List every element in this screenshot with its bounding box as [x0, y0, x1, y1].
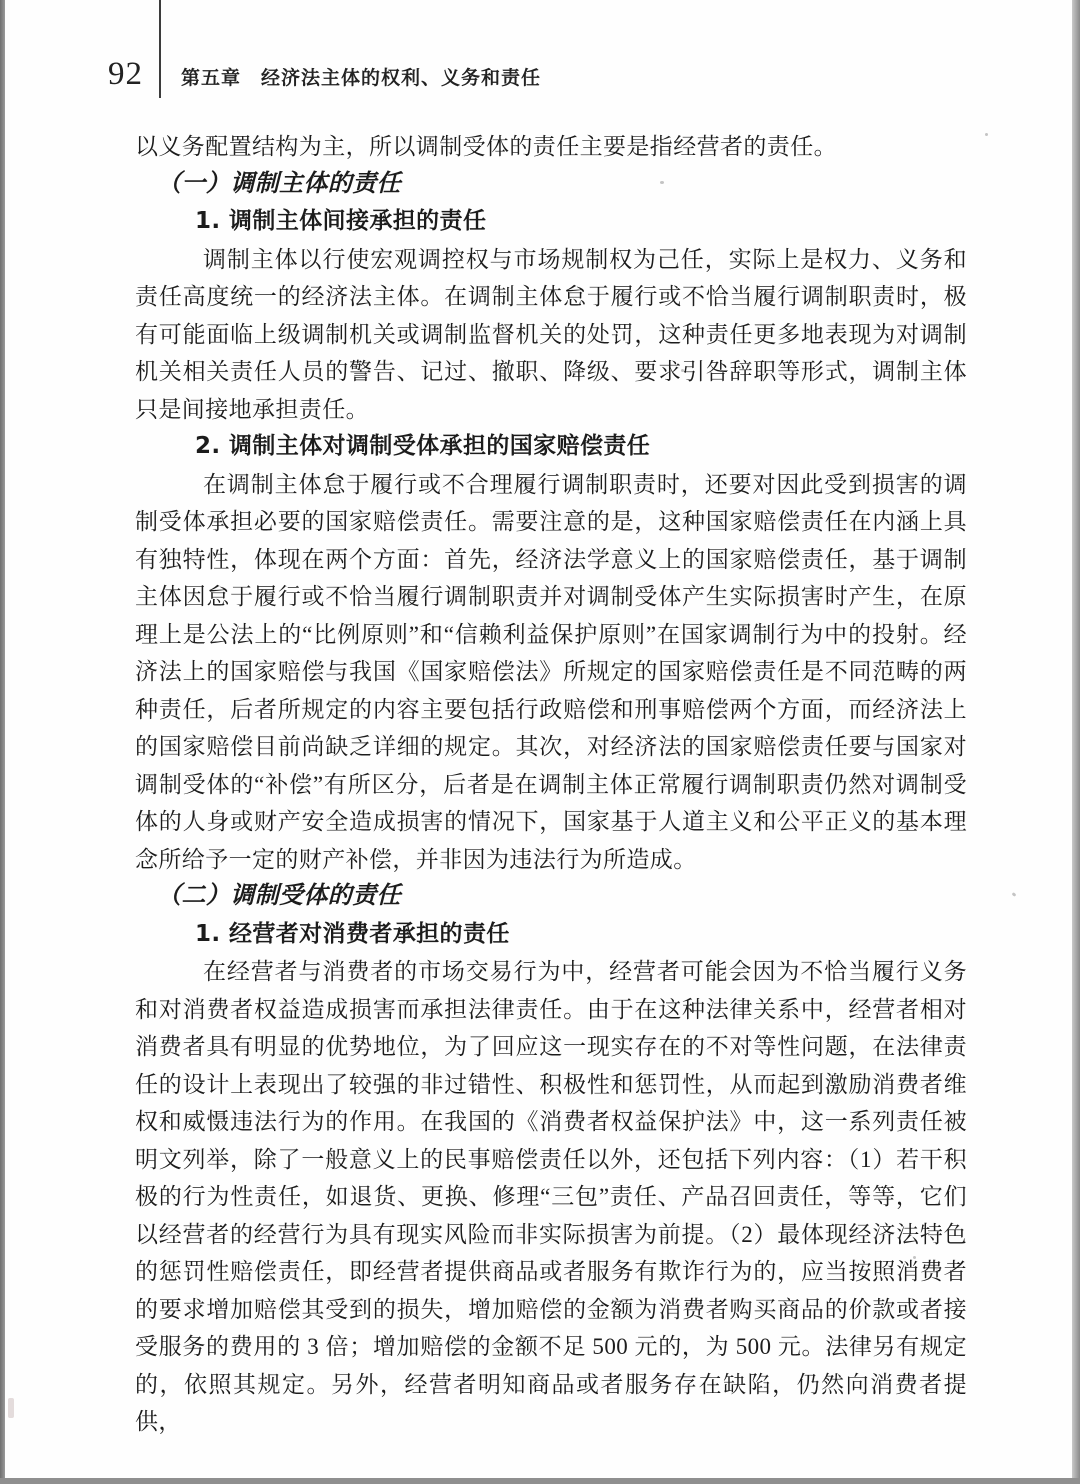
- scan-edge-left: [0, 0, 5, 1484]
- subsection-heading-2-1: 1. 经营者对消费者承担的责任: [135, 916, 967, 954]
- scan-speck: [985, 133, 988, 136]
- subsection-heading-1-1: 1. 调制主体间接承担的责任: [135, 203, 967, 241]
- scan-edge-right: [1072, 0, 1080, 1484]
- section-heading-1: （一）调制主体的责任: [135, 166, 967, 204]
- paragraph: 在经营者与消费者的市场交易行为中，经营者可能会因为不恰当履行义务和对消费者权益造…: [135, 953, 967, 1441]
- scanned-book-page: 92 第五章 经济法主体的权利、义务和责任 以义务配置结构为主，所以调制受体的责…: [0, 0, 1080, 1484]
- header-divider-rule: [159, 0, 161, 98]
- paragraph: 在调制主体怠于履行或不合理履行调制职责时，还要对因此受到损害的调制受体承担必要的…: [135, 466, 967, 879]
- paragraph-continued: 以义务配置结构为主，所以调制受体的责任主要是指经营者的责任。: [135, 128, 967, 166]
- subsection-heading-1-2: 2. 调制主体对调制受体承担的国家赔偿责任: [135, 428, 967, 466]
- scan-edge-bottom: [0, 1478, 1080, 1484]
- chapter-header: 第五章 经济法主体的权利、义务和责任: [181, 63, 541, 90]
- page-body: 以义务配置结构为主，所以调制受体的责任主要是指经营者的责任。 （一）调制主体的责…: [135, 128, 967, 1441]
- scan-speck: [660, 181, 664, 184]
- scan-speck: [8, 1398, 14, 1418]
- scan-speck: [913, 1256, 916, 1259]
- scan-speck: [1012, 892, 1017, 897]
- page-number: 92: [108, 56, 143, 93]
- paragraph: 调制主体以行使宏观调控权与市场规制权为己任，实际上是权力、义务和责任高度统一的经…: [135, 241, 967, 429]
- section-heading-2: （二）调制受体的责任: [135, 878, 967, 916]
- scan-speck: [681, 369, 684, 372]
